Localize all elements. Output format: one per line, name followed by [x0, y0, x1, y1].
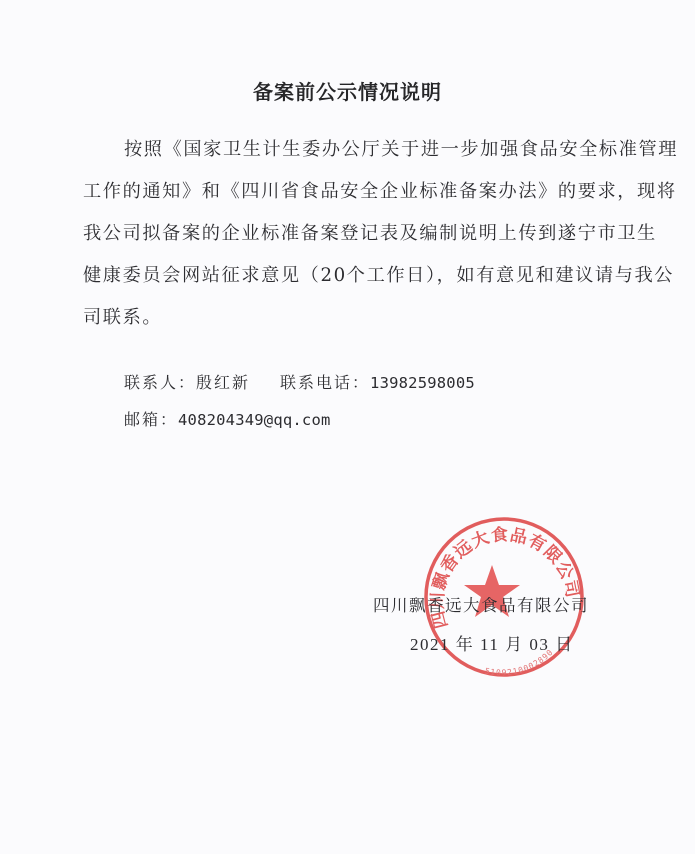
contact-line: 联系人：殷红新联系电话：13982598005: [124, 370, 475, 393]
contact-person-name: 殷红新: [196, 373, 250, 392]
body-line-5: 司联系。: [83, 303, 162, 329]
email-line: 邮箱：408204349@qq.com: [124, 407, 331, 430]
signature-company: 四川飘香远大食品有限公司: [373, 592, 589, 616]
contact-phone: 13982598005: [370, 374, 475, 392]
body-line-4: 健康委员会网站征求意见（20个工作日），如有意见和建议请与我公: [83, 261, 674, 287]
body-line-1: 按照《国家卫生计生委办公厅关于进一步加强食品安全标准管理: [124, 135, 678, 161]
signature-date-text: 2021 年 11 月 03 日: [410, 635, 574, 654]
body-line-2: 工作的通知》和《四川省食品安全企业标准备案办法》的要求，现将: [83, 177, 677, 203]
document-page: 备案前公示情况说明 按照《国家卫生计生委办公厅关于进一步加强食品安全标准管理 工…: [0, 0, 695, 854]
contact-phone-label: 联系电话：: [280, 373, 370, 392]
email-address: 408204349@qq.com: [178, 411, 331, 429]
signature-date: 2021 年 11 月 03 日: [410, 630, 574, 655]
contact-person-label: 联系人：: [124, 373, 196, 392]
document-title: 备案前公示情况说明: [0, 76, 695, 105]
email-label: 邮箱：: [124, 410, 178, 429]
body-line-3: 我公司拟备案的企业标准备案登记表及编制说明上传到遂宁市卫生: [83, 219, 657, 245]
